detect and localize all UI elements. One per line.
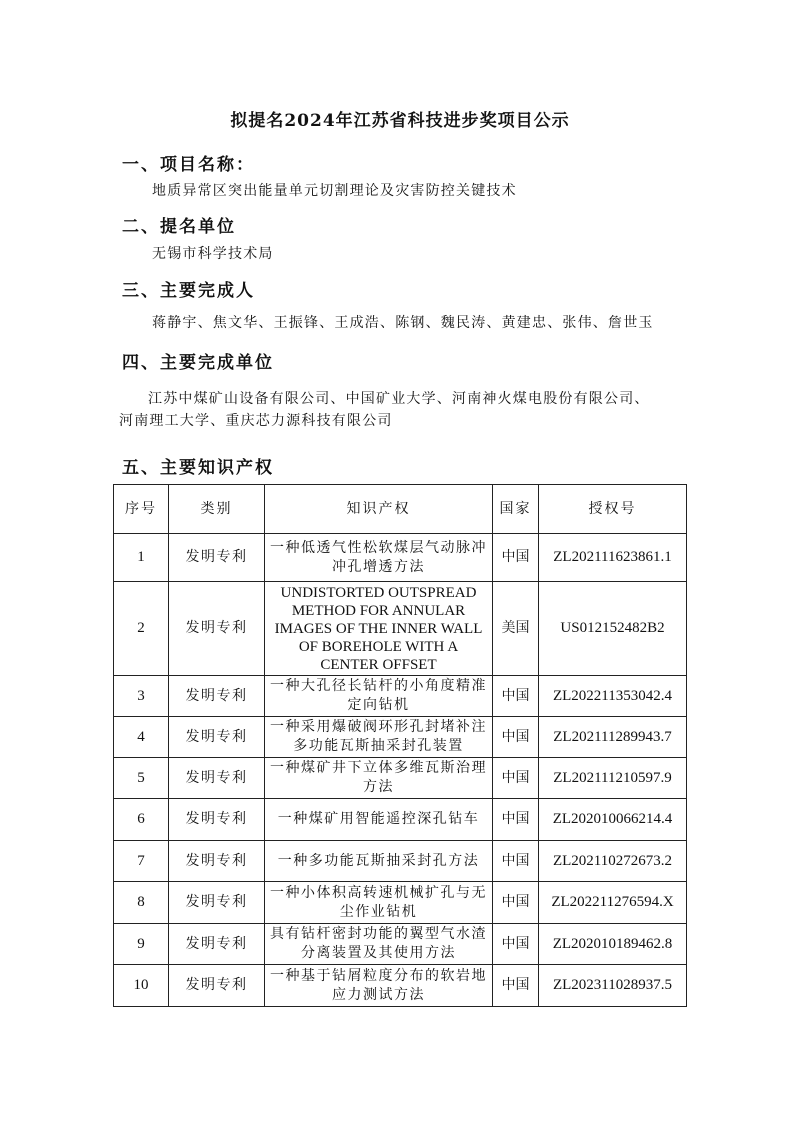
row-country: 中国 (493, 882, 539, 924)
row-ip-name: 一种小体积高转速机械扩孔与无尘作业钻机 (265, 882, 493, 924)
table-row: 9 发明专利 具有钻杆密封功能的翼型气水渣分离装置及其使用方法 中国 ZL202… (114, 924, 687, 965)
row-no: 4 (114, 717, 169, 758)
row-ip-name: 一种采用爆破阀环形孔封堵补注多功能瓦斯抽采封孔装置 (265, 717, 493, 758)
row-grant-number: ZL202111623861.1 (539, 534, 687, 582)
table-row: 3 发明专利 一种大孔径长钻杆的小角度精准定向钻机 中国 ZL202211353… (114, 676, 687, 717)
row-ip-name: 一种煤矿用智能遥控深孔钻车 (265, 799, 493, 841)
row-ip-name: 一种多功能瓦斯抽采封孔方法 (265, 841, 493, 882)
row-no: 7 (114, 841, 169, 882)
row-grant-number: ZL202211276594.X (539, 882, 687, 924)
row-no: 1 (114, 534, 169, 582)
row-grant-number: ZL202110272673.2 (539, 841, 687, 882)
main-contributors-text: 蒋静宇、焦文华、王振锋、王成浩、陈钢、魏民涛、黄建忠、张伟、詹世玉 (152, 312, 654, 334)
table-row: 10 发明专利 一种基于钻屑粒度分布的软岩地应力测试方法 中国 ZL202311… (114, 965, 687, 1007)
section-heading-main-units: 四、主要完成单位 (122, 348, 274, 373)
row-country: 中国 (493, 758, 539, 799)
table-row: 5 发明专利 一种煤矿井下立体多维瓦斯治理方法 中国 ZL20211121059… (114, 758, 687, 799)
row-type: 发明专利 (169, 676, 265, 717)
row-grant-number: ZL202010189462.8 (539, 924, 687, 965)
main-units-text-line1: 江苏中煤矿山设备有限公司、中国矿业大学、河南神火煤电股份有限公司、 (148, 388, 650, 410)
table-row: 4 发明专利 一种采用爆破阀环形孔封堵补注多功能瓦斯抽采封孔装置 中国 ZL20… (114, 717, 687, 758)
row-grant-number: ZL202010066214.4 (539, 799, 687, 841)
row-type: 发明专利 (169, 758, 265, 799)
document-page: 拟提名2024年江苏省科技进步奖项目公示 一、项目名称： 地质异常区突出能量单元… (0, 0, 800, 1130)
section-heading-main-contributors: 三、主要完成人 (122, 276, 255, 301)
ip-table: 序号 类别 知识产权 国家 授权号 1 发明专利 一种低透气性松软煤层气动脉冲冲… (113, 484, 687, 1007)
row-grant-number: ZL202311028937.5 (539, 965, 687, 1007)
row-type: 发明专利 (169, 841, 265, 882)
row-no: 9 (114, 924, 169, 965)
section-heading-ip: 五、主要知识产权 (122, 453, 274, 478)
header-country: 国家 (493, 485, 539, 534)
row-ip-name: 一种基于钻屑粒度分布的软岩地应力测试方法 (265, 965, 493, 1007)
row-type: 发明专利 (169, 717, 265, 758)
row-country: 中国 (493, 676, 539, 717)
row-no: 5 (114, 758, 169, 799)
row-type: 发明专利 (169, 582, 265, 676)
table-row: 2 发明专利 UNDISTORTED OUTSPREAD METHOD FOR … (114, 582, 687, 676)
main-units-text-line2: 河南理工大学、重庆芯力源科技有限公司 (119, 410, 393, 432)
header-grant-number: 授权号 (539, 485, 687, 534)
row-country: 中国 (493, 799, 539, 841)
row-type: 发明专利 (169, 799, 265, 841)
row-country: 中国 (493, 965, 539, 1007)
row-grant-number: ZL202111210597.9 (539, 758, 687, 799)
table-row: 8 发明专利 一种小体积高转速机械扩孔与无尘作业钻机 中国 ZL20221127… (114, 882, 687, 924)
row-country: 中国 (493, 841, 539, 882)
row-grant-number: ZL202111289943.7 (539, 717, 687, 758)
project-name-text: 地质异常区突出能量单元切割理论及灾害防控关键技术 (152, 180, 517, 202)
row-country: 中国 (493, 534, 539, 582)
header-type: 类别 (169, 485, 265, 534)
row-country: 美国 (493, 582, 539, 676)
row-grant-number: US012152482B2 (539, 582, 687, 676)
row-grant-number: ZL202211353042.4 (539, 676, 687, 717)
row-ip-name: UNDISTORTED OUTSPREAD METHOD FOR ANNULAR… (265, 582, 493, 676)
row-type: 发明专利 (169, 882, 265, 924)
row-no: 2 (114, 582, 169, 676)
row-no: 3 (114, 676, 169, 717)
header-no: 序号 (114, 485, 169, 534)
nominator-text: 无锡市科学技术局 (152, 243, 274, 265)
row-ip-name: 一种大孔径长钻杆的小角度精准定向钻机 (265, 676, 493, 717)
row-country: 中国 (493, 924, 539, 965)
table-header-row: 序号 类别 知识产权 国家 授权号 (114, 485, 687, 534)
table-row: 7 发明专利 一种多功能瓦斯抽采封孔方法 中国 ZL202110272673.2 (114, 841, 687, 882)
row-ip-name: 具有钻杆密封功能的翼型气水渣分离装置及其使用方法 (265, 924, 493, 965)
document-title: 拟提名2024年江苏省科技进步奖项目公示 (0, 106, 800, 131)
table-row: 1 发明专利 一种低透气性松软煤层气动脉冲冲孔增透方法 中国 ZL2021116… (114, 534, 687, 582)
row-type: 发明专利 (169, 534, 265, 582)
row-no: 8 (114, 882, 169, 924)
row-no: 10 (114, 965, 169, 1007)
row-no: 6 (114, 799, 169, 841)
section-heading-nominator: 二、提名单位 (122, 212, 236, 237)
row-ip-name: 一种低透气性松软煤层气动脉冲冲孔增透方法 (265, 534, 493, 582)
table-row: 6 发明专利 一种煤矿用智能遥控深孔钻车 中国 ZL202010066214.4 (114, 799, 687, 841)
row-ip-name: 一种煤矿井下立体多维瓦斯治理方法 (265, 758, 493, 799)
row-country: 中国 (493, 717, 539, 758)
section-heading-project-name: 一、项目名称： (122, 150, 255, 175)
row-type: 发明专利 (169, 924, 265, 965)
header-ip-name: 知识产权 (265, 485, 493, 534)
row-type: 发明专利 (169, 965, 265, 1007)
